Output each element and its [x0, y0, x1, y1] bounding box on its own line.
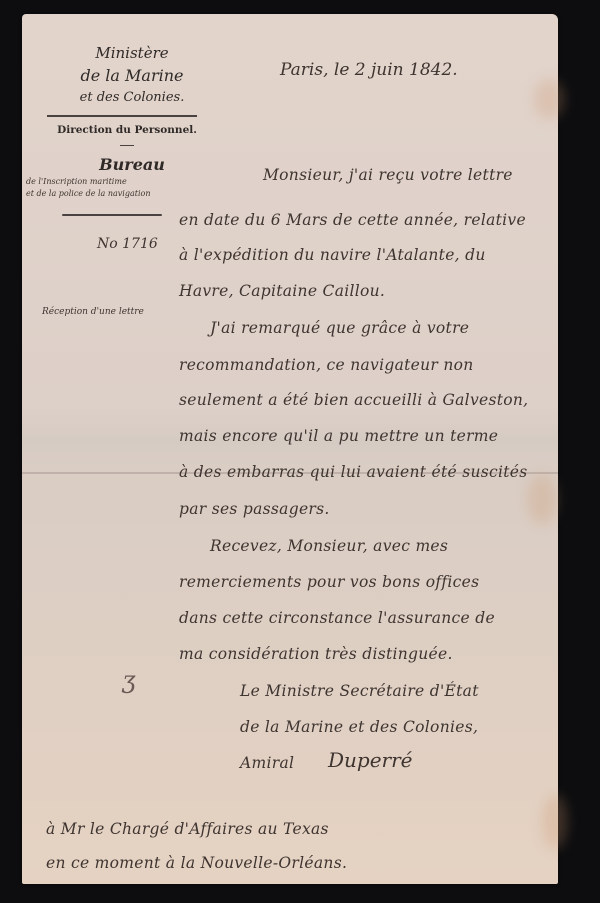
- dateline: Paris, le 2 juin 1842.: [280, 60, 458, 80]
- body-line: remerciements pour vos bons offices: [179, 573, 479, 591]
- body-line: Havre, Capitaine Caillou.: [179, 282, 385, 300]
- stain: [527, 474, 557, 524]
- closing-line1: Le Ministre Secrétaire d'État: [240, 682, 479, 700]
- margin-mark: ʒ: [122, 666, 136, 694]
- body-line: ma considération très distinguée.: [179, 645, 453, 663]
- bureau-label: Bureau: [62, 155, 202, 174]
- flourish-rule: [62, 214, 162, 216]
- reference-number: No 1716: [97, 236, 158, 252]
- ministry-line3: et des Colonies.: [52, 90, 212, 105]
- stain: [542, 794, 567, 849]
- letter-paper: Ministère de la Marine et des Colonies. …: [22, 14, 558, 884]
- addressee-line1: à Mr le Chargé d'Affaires au Texas: [46, 820, 329, 838]
- body-line: seulement a été bien accueilli à Galvest…: [179, 391, 528, 409]
- small-rule: [120, 145, 134, 146]
- body-line: en date du 6 Mars de cette année, relati…: [179, 211, 526, 229]
- addressee-line2: en ce moment à la Nouvelle-Orléans.: [46, 854, 347, 872]
- bureau-sub1: de l'Inscription maritime: [26, 177, 127, 186]
- body-line: Recevez, Monsieur, avec mes: [210, 537, 448, 555]
- closing-line2: de la Marine et des Colonies,: [240, 718, 478, 736]
- letterhead-rule: [47, 115, 197, 117]
- ministry-line2: de la Marine: [52, 66, 212, 85]
- body-line: mais encore qu'il a pu mettre un terme: [179, 427, 498, 445]
- subject-note: Réception d'une lettre: [42, 307, 144, 317]
- body-line: à l'expédition du navire l'Atalante, du: [179, 246, 486, 264]
- body-line: par ses passagers.: [179, 500, 330, 518]
- body-line: J'ai remarqué que grâce à votre: [210, 319, 469, 337]
- ministry-line1: Ministère: [52, 44, 212, 62]
- stain: [534, 79, 564, 119]
- signature: Duperré: [328, 748, 413, 772]
- body-line: dans cette circonstance l'assurance de: [179, 609, 495, 627]
- closing-line3: Amiral: [240, 754, 294, 772]
- body-line: Monsieur, j'ai reçu votre lettre: [263, 166, 513, 184]
- body-line: à des embarras qui lui avaient été susci…: [179, 463, 528, 481]
- bureau-sub2: et de la police de la navigation: [26, 189, 150, 198]
- body-line: recommandation, ce navigateur non: [179, 356, 474, 374]
- direction-label: Direction du Personnel.: [52, 124, 202, 136]
